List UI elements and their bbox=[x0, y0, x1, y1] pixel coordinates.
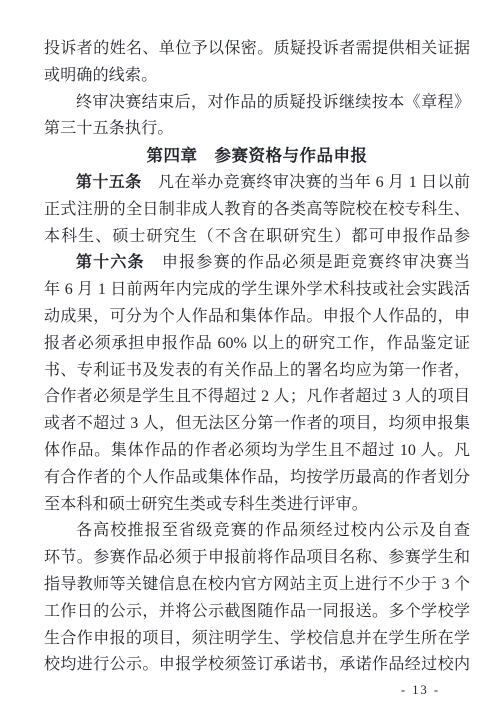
text-line: 环节。参赛作品必须于申报前将作品项目名称、参赛学生和 bbox=[44, 545, 470, 572]
page-number: - 13 - bbox=[401, 683, 440, 698]
text-line: 第十六条 申报参赛的作品必须是距竞赛终审决赛当 bbox=[44, 250, 470, 277]
text-line: 指导教师等关键信息在校内官方网站主页上进行不少于 3 个 bbox=[44, 572, 470, 599]
text-segment: 报者必须承担申报作品 60% 以上的研究工作，作品鉴定证 bbox=[44, 335, 470, 352]
text-line: 动成果，可分为个人作品和集体作品。申报个人作品的，申 bbox=[44, 304, 470, 331]
text-segment: 环节。参赛作品必须于申报前将作品项目名称、参赛学生和 bbox=[44, 549, 470, 566]
bold-term: 第四章 参赛资格与作品申报 bbox=[147, 146, 368, 165]
text-segment: 合作者必须是学生且不得超过 2 人；凡作者超过 3 人的项目 bbox=[44, 388, 470, 405]
text-line: 合作者必须是学生且不得超过 2 人；凡作者超过 3 人的项目 bbox=[44, 384, 470, 411]
text-segment: 年 6 月 1 日前两年内完成的学生课外学术科技或社会实践活 bbox=[44, 281, 470, 298]
text-line: 体作品。集体作品的作者必须均为学生且不超过 10 人。凡 bbox=[44, 438, 470, 465]
bold-term: 第十五条 bbox=[76, 174, 142, 191]
text-line: 或者不超过 3 人，但无法区分第一作者的项目，均须申报集 bbox=[44, 411, 470, 438]
text-segment: 工作日的公示，并将公示截图随作品一同报送。多个学校学 bbox=[44, 603, 470, 620]
text-line: 校均进行公示。申报学校须签订承诺书，承诺作品经过校内 bbox=[44, 652, 470, 679]
document-lines: 投诉者的姓名、单位予以保密。质疑投诉者需提供相关证据或明确的线索。终审决赛结束后… bbox=[44, 36, 470, 679]
text-line: 投诉者的姓名、单位予以保密。质疑投诉者需提供相关证据 bbox=[44, 36, 470, 63]
text-line: 有合作者的个人作品或集体作品，均按学历最高的作者划分 bbox=[44, 465, 470, 492]
text-segment: 体作品。集体作品的作者必须均为学生且不超过 10 人。凡 bbox=[44, 442, 470, 459]
text-segment: 第三十五条执行。 bbox=[44, 120, 174, 137]
text-line: 各高校推报至省级竞赛的作品须经过校内公示及自查 bbox=[44, 518, 470, 545]
text-segment: 申报参赛的作品必须是距竞赛终审决赛当 bbox=[145, 254, 470, 271]
text-segment: 终审决赛结束后，对作品的质疑投诉继续按本《章程》 bbox=[76, 94, 470, 111]
text-segment: 书、专利证书及发表的有关作品上的署名均应为第一作者， bbox=[44, 362, 470, 379]
text-segment: 或明确的线索。 bbox=[44, 67, 157, 84]
text-segment: 有合作者的个人作品或集体作品，均按学历最高的作者划分 bbox=[44, 469, 470, 486]
document-page: 投诉者的姓名、单位予以保密。质疑投诉者需提供相关证据或明确的线索。终审决赛结束后… bbox=[0, 0, 498, 726]
text-segment: 指导教师等关键信息在校内官方网站主页上进行不少于 3 个 bbox=[44, 576, 470, 593]
text-line: 或明确的线索。 bbox=[44, 63, 470, 90]
bold-term: 第十六条 bbox=[76, 254, 145, 271]
text-line: 终审决赛结束后，对作品的质疑投诉继续按本《章程》 bbox=[44, 90, 470, 117]
text-segment: 正式注册的全日制非成人教育的各类高等院校在校专科生、 bbox=[44, 201, 470, 218]
text-segment: 动成果，可分为个人作品和集体作品。申报个人作品的，申 bbox=[44, 308, 470, 325]
text-segment: 生合作申报的项目，须注明学生、学校信息并在学生所在学 bbox=[44, 630, 470, 647]
text-segment: 各高校推报至省级竞赛的作品须经过校内公示及自查 bbox=[76, 522, 470, 539]
text-line: 至本科和硕士研究生类或专科生类进行评审。 bbox=[44, 492, 470, 519]
text-line: 第十五条 凡在举办竞赛终审决赛的当年 6 月 1 日以前 bbox=[44, 170, 470, 197]
chapter-heading: 第四章 参赛资格与作品申报 bbox=[44, 143, 470, 170]
text-line: 第三十五条执行。 bbox=[44, 116, 470, 143]
text-line: 工作日的公示，并将公示截图随作品一同报送。多个学校学 bbox=[44, 599, 470, 626]
text-segment: 校均进行公示。申报学校须签订承诺书，承诺作品经过校内 bbox=[44, 656, 470, 673]
text-segment: 投诉者的姓名、单位予以保密。质疑投诉者需提供相关证据 bbox=[44, 40, 470, 57]
text-line: 报者必须承担申报作品 60% 以上的研究工作，作品鉴定证 bbox=[44, 331, 470, 358]
text-segment: 至本科和硕士研究生类或专科生类进行评审。 bbox=[44, 496, 368, 513]
text-line: 书、专利证书及发表的有关作品上的署名均应为第一作者， bbox=[44, 358, 470, 385]
text-line: 正式注册的全日制非成人教育的各类高等院校在校专科生、 bbox=[44, 197, 470, 224]
text-segment: 本科生、硕士研究生（不含在职研究生）都可申报作品参赛。 bbox=[44, 228, 470, 251]
text-segment: 或者不超过 3 人，但无法区分第一作者的项目，均须申报集 bbox=[44, 415, 470, 432]
text-segment: 凡在举办竞赛终审决赛的当年 6 月 1 日以前 bbox=[142, 174, 470, 191]
text-line: 生合作申报的项目，须注明学生、学校信息并在学生所在学 bbox=[44, 626, 470, 653]
text-line: 年 6 月 1 日前两年内完成的学生课外学术科技或社会实践活 bbox=[44, 277, 470, 304]
text-line: 本科生、硕士研究生（不含在职研究生）都可申报作品参赛。 bbox=[44, 224, 470, 251]
